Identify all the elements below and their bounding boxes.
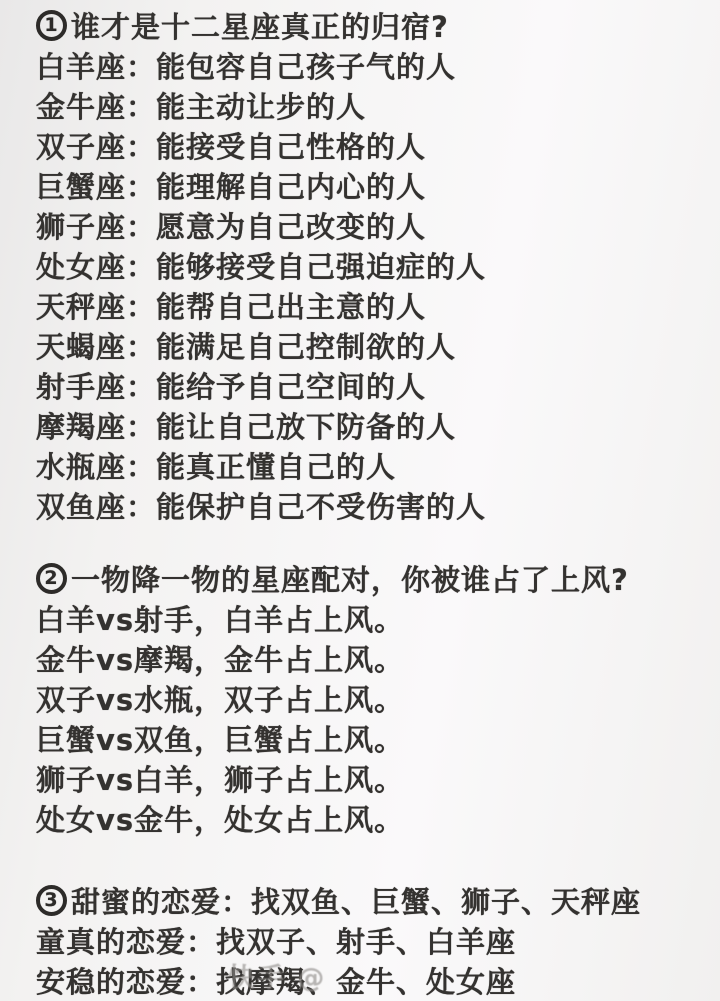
text-line: 射手座：能给予自己空间的人	[36, 365, 720, 405]
circled-number-1-icon: 1	[36, 10, 67, 41]
text-line: 双子座：能接受自己性格的人	[36, 125, 720, 165]
text-line: 处女座：能够接受自己强迫症的人	[36, 245, 720, 285]
section-heading: 1 谁才是十二星座真正的归宿?	[36, 5, 720, 45]
text-line: 巨蟹vs双鱼，巨蟹占上风。	[36, 718, 720, 758]
text-line: 水瓶座：能真正懂自己的人	[36, 445, 720, 485]
section-true-home: 1 谁才是十二星座真正的归宿? 白羊座：能包容自己孩子气的人 金牛座：能主动让步…	[36, 5, 720, 525]
text-line: 双鱼座：能保护自己不受伤害的人	[36, 485, 720, 525]
text-line: 狮子座：愿意为自己改变的人	[36, 205, 720, 245]
section-heading: 2 一物降一物的星座配对，你被谁占了上风?	[36, 558, 720, 598]
circled-number-3-icon: 3	[36, 885, 67, 916]
section-heading: 3 甜蜜的恋爱：找双鱼、巨蟹、狮子、天秤座	[36, 880, 720, 920]
text-line: 狮子vs白羊，狮子占上风。	[36, 758, 720, 798]
text-line: 白羊vs射手，白羊占上风。	[36, 598, 720, 638]
section-matchups: 2 一物降一物的星座配对，你被谁占了上风? 白羊vs射手，白羊占上风。 金牛vs…	[36, 558, 720, 838]
section-love-types: 3 甜蜜的恋爱：找双鱼、巨蟹、狮子、天秤座 童真的恋爱：找双子、射手、白羊座 安…	[36, 880, 720, 1000]
text-line: 白羊座：能包容自己孩子气的人	[36, 45, 720, 85]
text-line: 双子vs水瓶，双子占上风。	[36, 678, 720, 718]
zodiac-meme-page: 1 谁才是十二星座真正的归宿? 白羊座：能包容自己孩子气的人 金牛座：能主动让步…	[0, 0, 720, 1001]
text-line: 处女vs金牛，处女占上风。	[36, 798, 720, 838]
text-line: 安稳的恋爱：找摩羯、金牛、处女座	[36, 960, 720, 1000]
section-heading-text: 谁才是十二星座真正的归宿?	[71, 5, 449, 46]
text-line: 天蝎座：能满足自己控制欲的人	[36, 325, 720, 365]
section-heading-text: 一物降一物的星座配对，你被谁占了上风?	[71, 558, 629, 599]
text-content: 1 谁才是十二星座真正的归宿? 白羊座：能包容自己孩子气的人 金牛座：能主动让步…	[0, 0, 720, 1000]
text-line: 摩羯座：能让自己放下防备的人	[36, 405, 720, 445]
text-line: 金牛vs摩羯，金牛占上风。	[36, 638, 720, 678]
text-line: 天秤座：能帮自己出主意的人	[36, 285, 720, 325]
text-line: 童真的恋爱：找双子、射手、白羊座	[36, 920, 720, 960]
circled-number-2-icon: 2	[36, 563, 67, 594]
text-line: 巨蟹座：能理解自己内心的人	[36, 165, 720, 205]
section-heading-text: 甜蜜的恋爱：找双鱼、巨蟹、狮子、天秤座	[71, 880, 641, 921]
text-line: 金牛座：能主动让步的人	[36, 85, 720, 125]
